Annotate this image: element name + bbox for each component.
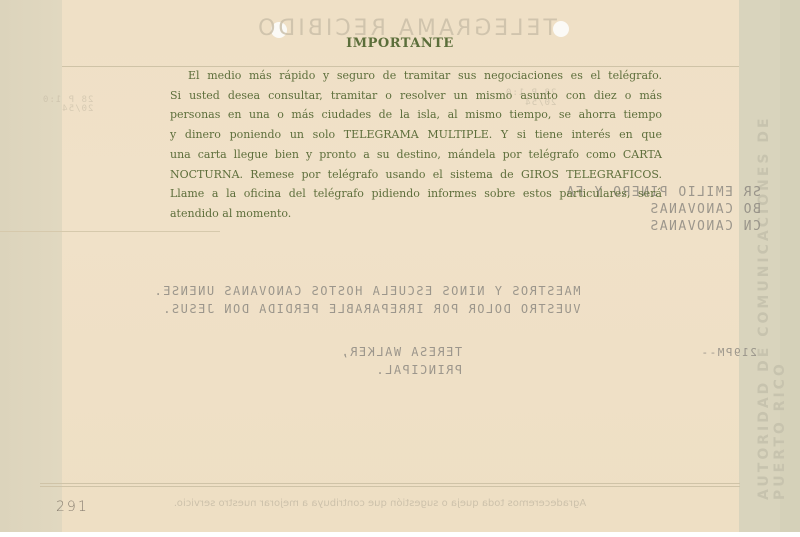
body-line: NOCTURNA. Remese por telégrafo usando el… (170, 165, 662, 185)
paper-fold-line (0, 231, 220, 232)
show-through-stamp-left: 28 P 1:0 20/54 (42, 96, 93, 114)
show-through-footer-note: Agradeceremos toda queja o sugestión que… (120, 498, 640, 509)
body-line: atendido al momento. (170, 204, 662, 224)
scan-bottom-edge (0, 532, 800, 537)
show-through-signature: TERESA WALKER, PRINCIPAL. (340, 343, 462, 379)
show-through-time: 219PM-- (700, 346, 757, 359)
message-line: VUESTRO DOLOR POR IRREPARABLE PERDIDA DO… (162, 302, 581, 316)
show-through-message: MAESTROS Y NINOS ESCUELA HOSTOS CANOVANA… (153, 282, 581, 318)
body-line: El medio más rápido y seguro de tramitar… (170, 66, 662, 86)
bottom-rule (40, 483, 740, 484)
message-line: MAESTROS Y NINOS ESCUELA HOSTOS CANOVANA… (153, 284, 581, 298)
handwritten-number: 291 (56, 499, 89, 515)
body-line: una carta llegue bien y pronto a su dest… (170, 145, 662, 165)
address-line: BO CANOVANAS (649, 202, 761, 217)
address-line: CN CANOVANAS (649, 219, 761, 234)
body-line: y dinero poniendo un solo TELEGRAMA MULT… (170, 125, 662, 145)
notice-body: El medio más rápido y seguro de tramitar… (170, 66, 662, 224)
telegram-back-page: AUTORIDAD DE COMUNICACIONES DE PUERTO RI… (0, 0, 800, 532)
side-strip-text: AUTORIDAD DE COMUNICACIONES DE PUERTO RI… (756, 100, 786, 500)
body-line: Llame a la oficina del telégrafo pidiend… (170, 184, 662, 204)
signature-line: PRINCIPAL. (375, 363, 462, 377)
body-line: Si usted desea consultar, tramitar o res… (170, 86, 662, 106)
left-margin-strip (0, 0, 62, 532)
page-title: IMPORTANTE (0, 36, 800, 51)
body-line: personas en una o más ciudades de la isl… (170, 105, 662, 125)
signature-line: TERESA WALKER, (340, 345, 462, 359)
bottom-rule-secondary (40, 486, 740, 487)
